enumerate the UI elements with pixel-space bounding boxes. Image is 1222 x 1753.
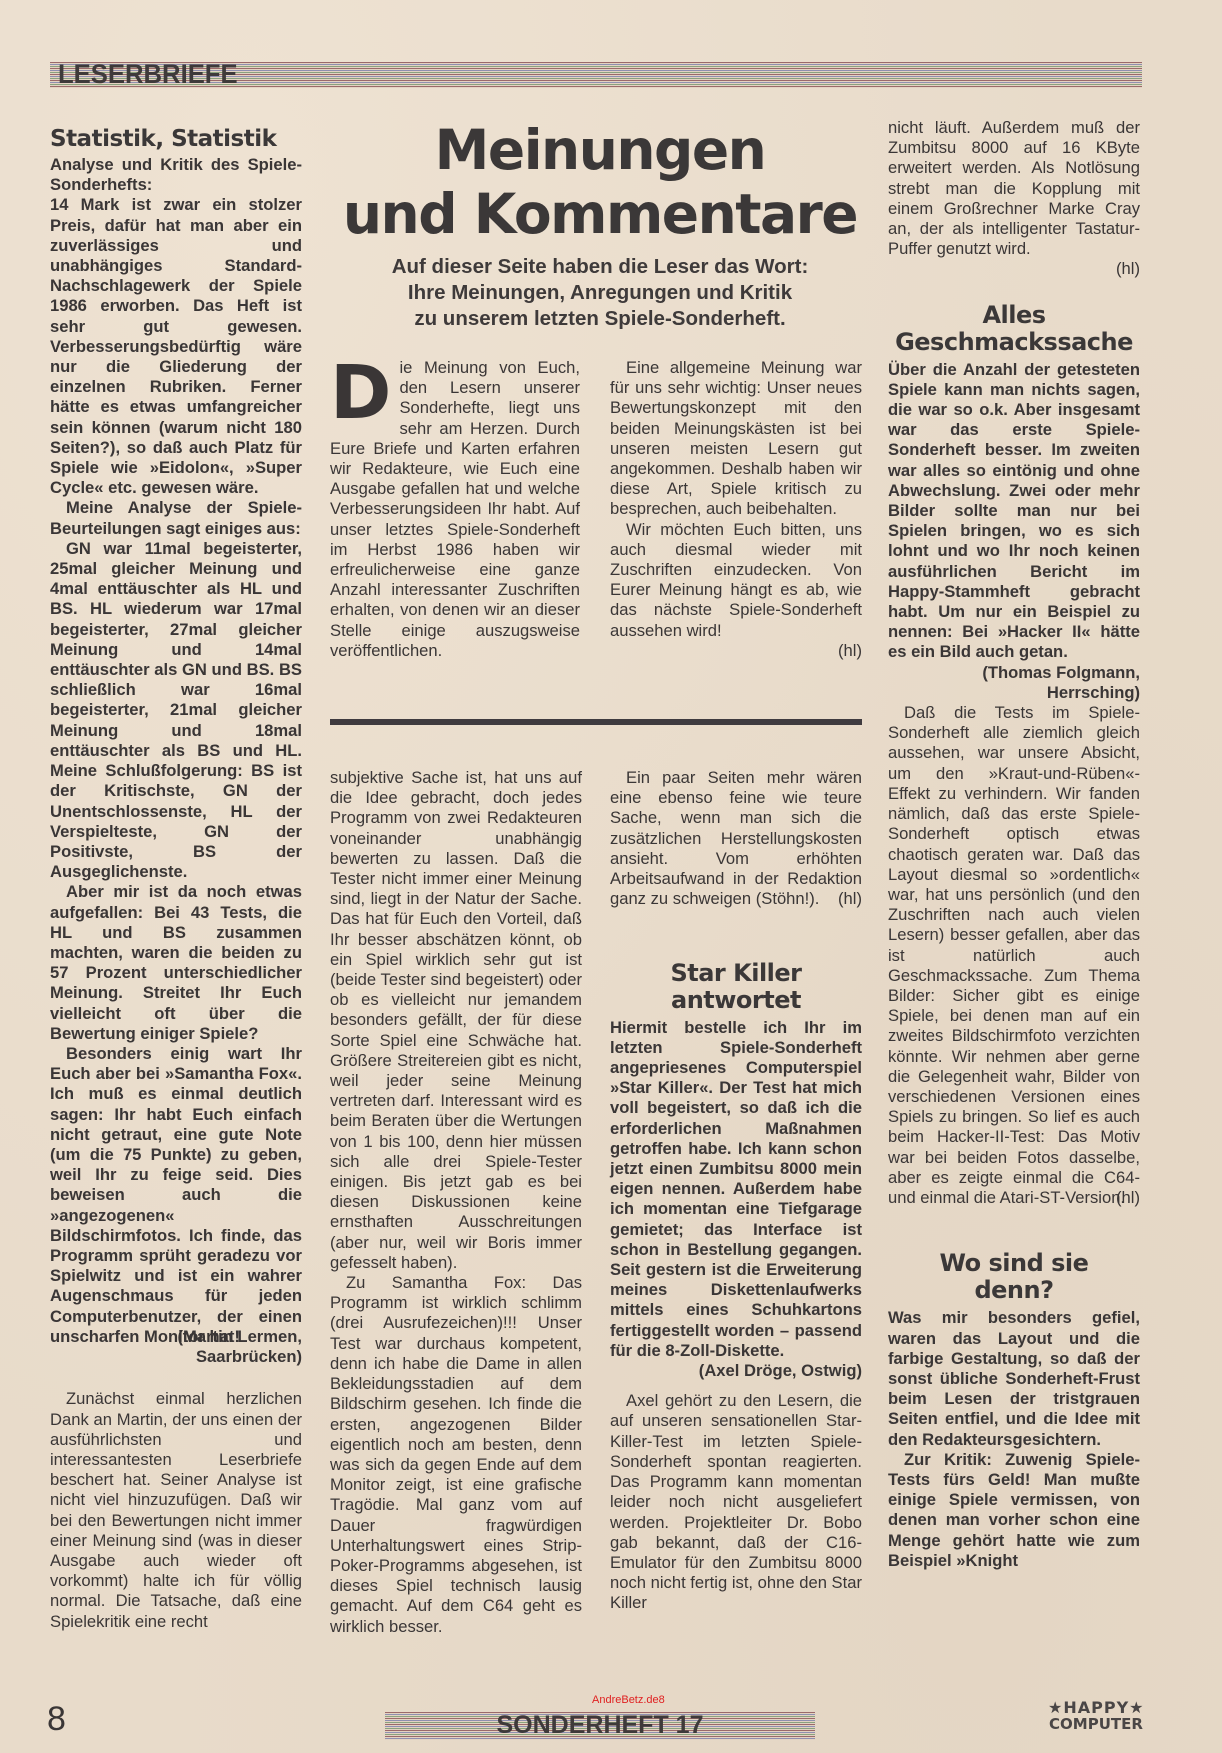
subtitle-line: zu unserem letzten Spiele-Sonderheft. bbox=[330, 306, 870, 332]
editor-reply: Zu Samantha Fox: Das Programm ist wirkli… bbox=[330, 1273, 582, 1637]
intro-signature: (hl) bbox=[610, 641, 862, 661]
letter-heading-starkiller: Star Killer antwortet bbox=[610, 960, 862, 1014]
reply-signature: (hl) bbox=[888, 259, 1140, 279]
paragraph: Aber mir ist da noch etwas aufgefallen: … bbox=[50, 882, 302, 1044]
heading-line: Alles bbox=[888, 302, 1140, 329]
heading-line: denn? bbox=[888, 1277, 1140, 1304]
paragraph: 14 Mark ist zwar ein stolzer Preis, dafü… bbox=[50, 195, 302, 498]
column-4: nicht läuft. Außerdem muß der Zumbitsu 8… bbox=[888, 118, 1140, 1571]
page-subtitle: Auf dieser Seite haben die Leser das Wor… bbox=[330, 254, 870, 332]
editor-reply: Zunächst einmal herzlichen Dank an Marti… bbox=[50, 1389, 302, 1631]
drop-cap: D bbox=[330, 362, 391, 424]
intro-paragraph: Wir möchten Euch bitten, uns auch diesma… bbox=[610, 520, 862, 641]
letter-signature: (Thomas Folgmann, bbox=[888, 663, 1140, 683]
column-1: Statistik, Statistik Analyse und Kritik … bbox=[50, 126, 302, 1631]
letter-signature-city: Saarbrücken) bbox=[50, 1347, 302, 1367]
logo-line: ★HAPPY★ bbox=[1048, 1700, 1144, 1716]
horizontal-rule bbox=[330, 719, 862, 725]
editor-reply: Daß die Tests im Spiele-Sonderheft alle … bbox=[888, 703, 1140, 1208]
paragraph: Zur Kritik: Zuwenig Spiele-Tests fürs Ge… bbox=[888, 1450, 1140, 1571]
letter-geschmackssache-body: Über die Anzahl der getesteten Spiele ka… bbox=[888, 360, 1140, 663]
editor-reply-continued: subjektive Sache ist, hat uns auf die Id… bbox=[330, 768, 582, 1273]
issue-label: SONDERHEFT 17 bbox=[385, 1710, 815, 1740]
subtitle-line: Ihre Meinungen, Anregungen und Kritik bbox=[330, 280, 870, 306]
section-label: LESERBRIEFE bbox=[58, 59, 238, 89]
watermark: AndreBetz.de8 bbox=[592, 1694, 665, 1706]
subtitle-line: Auf dieser Seite haben die Leser das Wor… bbox=[330, 254, 870, 280]
paragraph: Was mir besonders gefiel, waren das Layo… bbox=[888, 1308, 1140, 1449]
paragraph: Meine Analyse der Spiele-Beurteilungen s… bbox=[50, 498, 302, 538]
intro-column-left: D ie Meinung von Euch, den Lesern unsere… bbox=[330, 358, 580, 661]
paragraph: Besonders einig wart Ihr Euch aber bei »… bbox=[50, 1044, 302, 1347]
letter-statistik-body: Analyse und Kritik des Spiele-Sonderheft… bbox=[50, 155, 302, 1347]
editor-reply: Ein paar Seiten mehr wären eine ebenso f… bbox=[610, 768, 862, 909]
heading-line: antwortet bbox=[610, 987, 862, 1014]
page-number: 8 bbox=[47, 1700, 66, 1739]
heading-line: Wo sind sie bbox=[888, 1250, 1140, 1277]
page-title: Meinungen und Kommentare bbox=[330, 118, 870, 246]
letter-signature-city: Herrsching) bbox=[888, 683, 1140, 703]
letter-heading-statistik: Statistik, Statistik bbox=[50, 126, 302, 153]
letter-heading-geschmackssache: Alles Geschmackssache bbox=[888, 302, 1140, 356]
happy-computer-logo: ★HAPPY★ COMPUTER bbox=[1048, 1700, 1144, 1732]
heading-line: Geschmackssache bbox=[888, 329, 1140, 356]
paragraph: GN war 11mal begeisterter, 25mal gleiche… bbox=[50, 539, 302, 882]
letter-starkiller-body: Hiermit bestelle ich Ihr im letzten Spie… bbox=[610, 1018, 862, 1361]
intro-column-right: Eine allgemeine Meinung war für uns sehr… bbox=[610, 358, 862, 661]
logo-line: COMPUTER bbox=[1048, 1716, 1144, 1732]
letter-heading-wo-sind-sie: Wo sind sie denn? bbox=[888, 1250, 1140, 1304]
column-3-lower: Ein paar Seiten mehr wären eine ebenso f… bbox=[610, 768, 862, 1614]
heading-line: Star Killer bbox=[610, 960, 862, 987]
title-line: und Kommentare bbox=[330, 182, 870, 246]
letter-wo-sind-sie-body: Was mir besonders gefiel, waren das Layo… bbox=[888, 1308, 1140, 1571]
column-2-lower: subjektive Sache ist, hat uns auf die Id… bbox=[330, 768, 582, 1637]
editor-reply-continued: nicht läuft. Außerdem muß der Zumbitsu 8… bbox=[888, 118, 1140, 259]
intro-paragraph: Eine allgemeine Meinung war für uns sehr… bbox=[610, 358, 862, 520]
title-line: Meinungen bbox=[330, 118, 870, 182]
letter-signature: (Axel Dröge, Ostwig) bbox=[610, 1361, 862, 1381]
paragraph: Analyse und Kritik des Spiele-Sonderheft… bbox=[50, 155, 302, 195]
editor-reply: Axel gehört zu den Lesern, die auf unser… bbox=[610, 1391, 862, 1613]
